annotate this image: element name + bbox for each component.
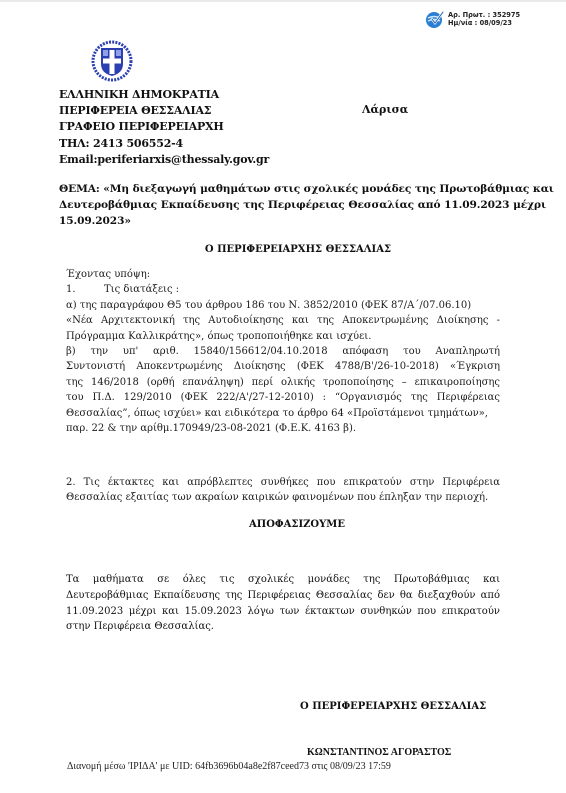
decision-line: στην Περιφέρεια Θεσσαλίας. (66, 619, 500, 635)
item-1: 1.Τις διατάξεις : (66, 282, 500, 297)
decision-line: 11.09.2023 μέχρι και 15.09.2023 λόγω των… (66, 604, 500, 620)
para-b-line: της 146/2018 (ορθή επανάληψη) περί ολική… (66, 375, 500, 390)
considering-section: Έχοντας υπόψη: 1.Τις διατάξεις : α) της … (66, 267, 500, 436)
para-a-line: «Νέα Αρχιτεκτονική της Αυτοδιοίκησης και… (66, 313, 500, 328)
decision-title: ΑΠΟΦΑΣΙΖΟΥΜΕ (0, 519, 566, 530)
para-b-line: Θεσσαλίας”, όπως ισχύει» και ειδικότερα … (66, 406, 500, 421)
signature-title: Ο ΠΕΡΙΦΕΡΕΙΑΡΧΗΣ ΘΕΣΣΑΛΙΑΣ (300, 701, 486, 712)
protocol-number: Αρ. Πρωτ. : 352975 (448, 11, 520, 19)
signature-name: ΚΩΝΣΤΑΝΤΙΝΟΣ ΑΓΟΡΑΣΤΟΣ (307, 747, 451, 758)
subject-line: Δευτεροβάθμιας Εκπαίδευσης της Περιφέρει… (59, 197, 546, 213)
para-a-line: Πρόγραμμα Καλλικράτης», όπως τροποποιήθη… (66, 329, 500, 344)
para-b-line: β) την υπ' αριθ. 15840/156612/04.10.2018… (66, 344, 500, 359)
check-badge-icon (425, 9, 445, 29)
para-a-line: α) της παραγράφου Θ5 του άρθρου 186 του … (66, 298, 500, 313)
header-region: ΠΕΡΙΦΕΡΕΙΑ ΘΕΣΣΑΛΙΑΣ (59, 103, 269, 119)
header-email: Email:periferiarxis@thessaly.gov.gr (59, 152, 269, 168)
protocol-date: Ημ/νία : 08/09/23 (448, 19, 520, 27)
para-b-line: του Π.Δ. 129/2010 (ΦΕΚ 222/Α'/27-12-2010… (66, 390, 500, 405)
city: Λάρισα (362, 103, 408, 116)
page-top-border (0, 0, 566, 2)
header-country: ΕΛΛΗΝΙΚΗ ΔΗΜΟΚΡΑΤΙΑ (59, 87, 269, 103)
decision-line: Δευτεροβάθμιας Εκπαίδευσης της Περιφέρει… (66, 588, 500, 604)
considering-intro: Έχοντας υπόψη: (66, 267, 500, 282)
item-2-line: Θεσσαλίας εξαιτίας των ακραίων καιρικών … (66, 490, 500, 505)
para-b-line: παρ. 22 & την αρίθμ.170949/23-08-2021 (Φ… (66, 421, 500, 436)
item-2: 2. Τις έκτακτες και απρόβλεπτες συνθήκες… (66, 475, 500, 506)
distribution-footer: Διανομή μέσω 'ΙΡΙΔΑ' με UID: 64fb3696b04… (67, 761, 391, 772)
subject-line: ΘΕΜΑ: «Μη διεξαγωγή μαθημάτων στις σχολι… (59, 181, 546, 197)
item-1-number: 1. (66, 282, 104, 297)
issuer-header: ΕΛΛΗΝΙΚΗ ΔΗΜΟΚΡΑΤΙΑ ΠΕΡΙΦΕΡΕΙΑ ΘΕΣΣΑΛΙΑΣ… (59, 87, 269, 168)
para-b-line: Συντονιστή Αποκεντρωμένης Διοίκησης (ΦΕΚ… (66, 359, 500, 374)
decision-line: Τα μαθήματα σε όλες τις σχολικές μονάδες… (66, 572, 500, 588)
decision-text: Τα μαθήματα σε όλες τις σχολικές μονάδες… (66, 572, 500, 635)
item-1-label: Τις διατάξεις : (104, 284, 179, 295)
protocol-stamp: Αρ. Πρωτ. : 352975 Ημ/νία : 08/09/23 (425, 9, 520, 29)
item-2-line: 2. Τις έκτακτες και απρόβλεπτες συνθήκες… (66, 475, 500, 490)
greek-coat-of-arms-icon (90, 40, 134, 82)
subject: ΘΕΜΑ: «Μη διεξαγωγή μαθημάτων στις σχολι… (59, 181, 546, 229)
subject-line: 15.09.2023» (59, 213, 546, 229)
header-phone: ΤΗΛ: 2413 506552-4 (59, 136, 269, 152)
authority-title: Ο ΠΕΡΙΦΕΡΕΙΑΡΧΗΣ ΘΕΣΣΑΛΙΑΣ (0, 244, 566, 255)
header-office: ΓΡΑΦΕΙΟ ΠΕΡΙΦΕΡΕΙΑΡΧΗ (59, 119, 269, 135)
